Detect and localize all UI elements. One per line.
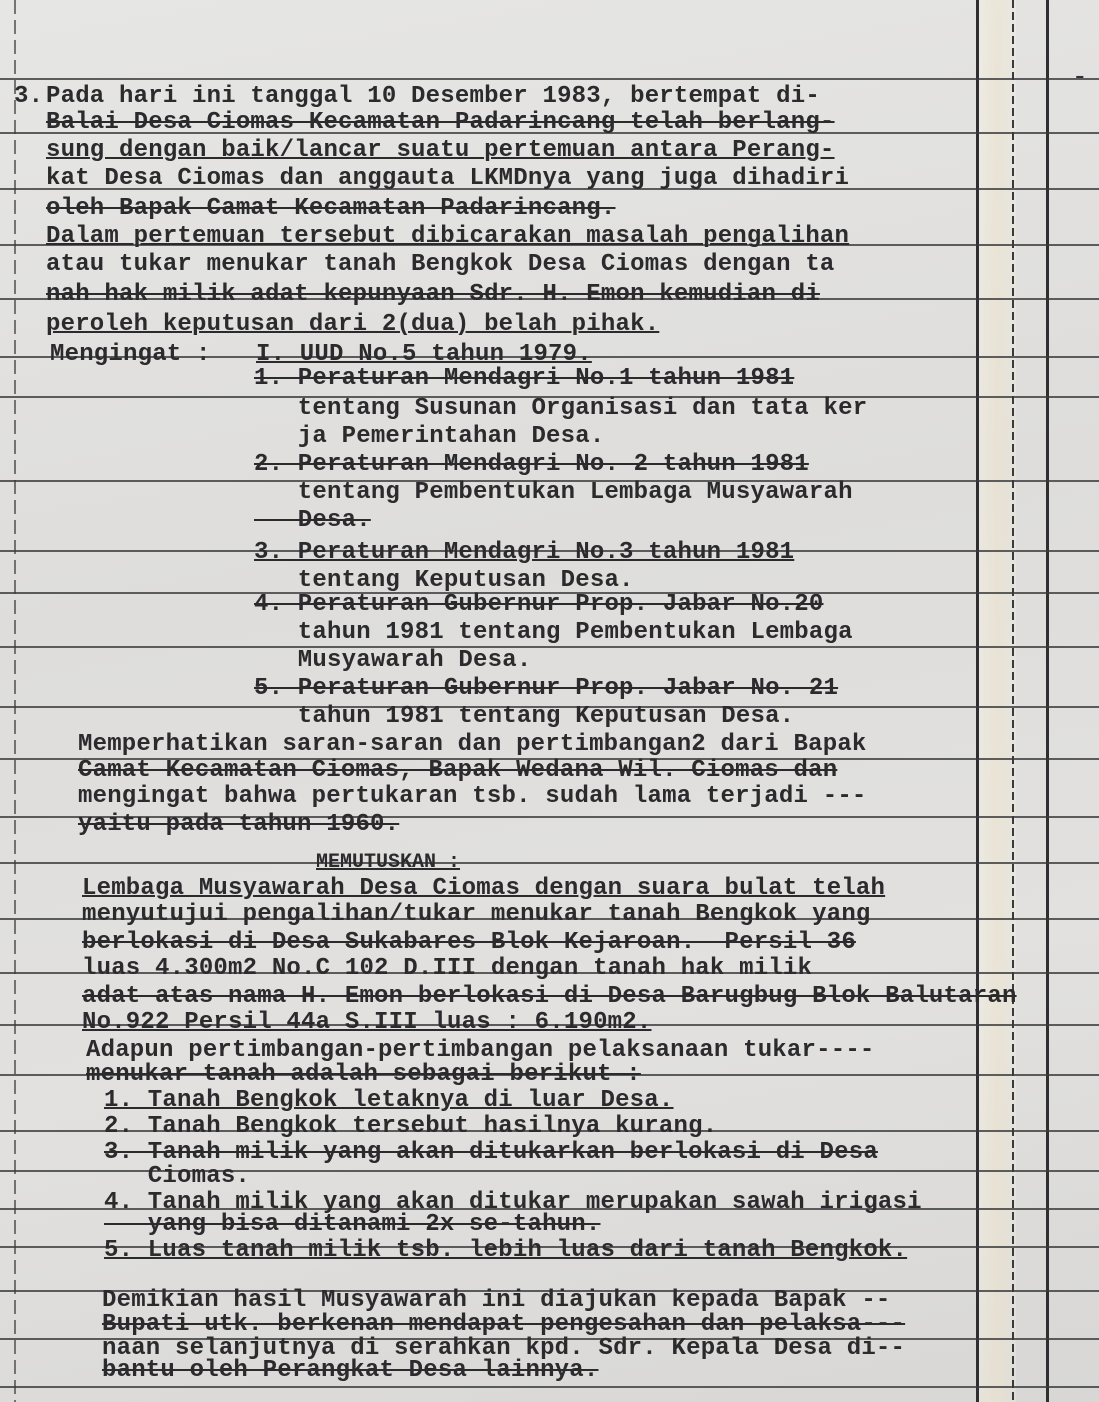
memperhatikan-line: yaitu pada tahun 1960. [78, 812, 399, 838]
ledger-column-line [976, 0, 979, 1402]
mengingat-item: Musyawarah Desa. [254, 648, 531, 674]
decision-line: No.922 Persil 44a S.III luas : 6.190m2. [82, 1010, 652, 1036]
decision-line: adat atas nama H. Emon berlokasi di Desa… [82, 984, 1017, 1010]
consideration-item: yang bisa ditanami 2x se-tahun. [104, 1212, 600, 1238]
mengingat-item: 1. Peraturan Mendagri No.1 tahun 1981 [254, 366, 794, 392]
decision-line: menyutujui pengalihan/tukar menukar tana… [82, 902, 871, 928]
opening-line: oleh Bapak Camat Kecamatan Padarincang. [46, 196, 616, 222]
mengingat-label: Mengingat : [50, 342, 211, 368]
ruled-line [0, 862, 1099, 864]
decision-heading: MEMUTUSKAN : [316, 850, 460, 876]
ruled-line [0, 1386, 1099, 1388]
opening-line: atau tukar menukar tanah Bengkok Desa Ci… [46, 252, 835, 278]
closing-line: bantu oleh Perangkat Desa lainnya. [102, 1358, 598, 1384]
decision-line: berlokasi di Desa Sukabares Blok Kejaroa… [82, 930, 856, 956]
ruled-line [0, 78, 1099, 80]
opening-line: Dalam pertemuan tersebut dibicarakan mas… [46, 224, 849, 250]
mengingat-item: 3. Peraturan Mendagri No.3 tahun 1981 [254, 540, 794, 566]
opening-line: peroleh keputusan dari 2(dua) belah piha… [46, 312, 659, 338]
section-number: 3. [14, 84, 43, 110]
consideration-item: Ciomas. [104, 1164, 250, 1190]
mengingat-item: tentang Susunan Organisasi dan tata ker [254, 396, 867, 422]
left-margin-line [14, 0, 16, 1402]
ledger-column-line [1046, 0, 1049, 1402]
opening-line: nah hak milik adat kepunyaan Sdr. H. Emo… [46, 282, 820, 308]
mengingat-item: 4. Peraturan Gubernur Prop. Jabar No.20 [254, 592, 824, 618]
margin-mark: - [1072, 62, 1088, 92]
ledger-column-line-dashed [1012, 0, 1014, 1402]
ruled-line [0, 646, 1099, 648]
mengingat-item: Desa. [254, 508, 371, 534]
memperhatikan-line: Memperhatikan saran-saran dan pertimbang… [78, 732, 867, 758]
mengingat-item: 5. Peraturan Gubernur Prop. Jabar No. 21 [254, 676, 838, 702]
memperhatikan-line: Camat Kecamatan Ciomas, Bapak Wedana Wil… [78, 758, 837, 784]
paper-fold [978, 0, 1016, 1402]
considerations-intro: menukar tanah adalah sebagai berikut : [86, 1062, 641, 1088]
consideration-item: 5. Luas tanah milik tsb. lebih luas dari… [104, 1238, 907, 1264]
document-page: - 3. Pada hari ini tanggal 10 Desember 1… [0, 0, 1099, 1402]
opening-line: Balai Desa Ciomas Kecamatan Padarincang … [46, 110, 835, 136]
consideration-item: 1. Tanah Bengkok letaknya di luar Desa. [104, 1088, 674, 1114]
opening-line: Pada hari ini tanggal 10 Desember 1983, … [46, 84, 820, 110]
decision-line: luas 4.300m2 No.C 102 D.III dengan tanah… [82, 956, 812, 982]
mengingat-item: 2. Peraturan Mendagri No. 2 tahun 1981 [254, 452, 809, 478]
memperhatikan-line: mengingat bahwa pertukaran tsb. sudah la… [78, 784, 867, 810]
mengingat-item: tahun 1981 tentang Pembentukan Lembaga [254, 620, 853, 646]
mengingat-item: tahun 1981 tentang Keputusan Desa. [254, 704, 794, 730]
opening-line: kat Desa Ciomas dan anggauta LKMDnya yan… [46, 166, 849, 192]
decision-line: Lembaga Musyawarah Desa Ciomas dengan su… [82, 876, 885, 902]
consideration-item: 2. Tanah Bengkok tersebut hasilnya kuran… [104, 1114, 717, 1140]
mengingat-item: ja Pemerintahan Desa. [254, 424, 604, 450]
opening-line: sung dengan baik/lancar suatu pertemuan … [46, 138, 835, 164]
mengingat-item: tentang Pembentukan Lembaga Musyawarah [254, 480, 853, 506]
